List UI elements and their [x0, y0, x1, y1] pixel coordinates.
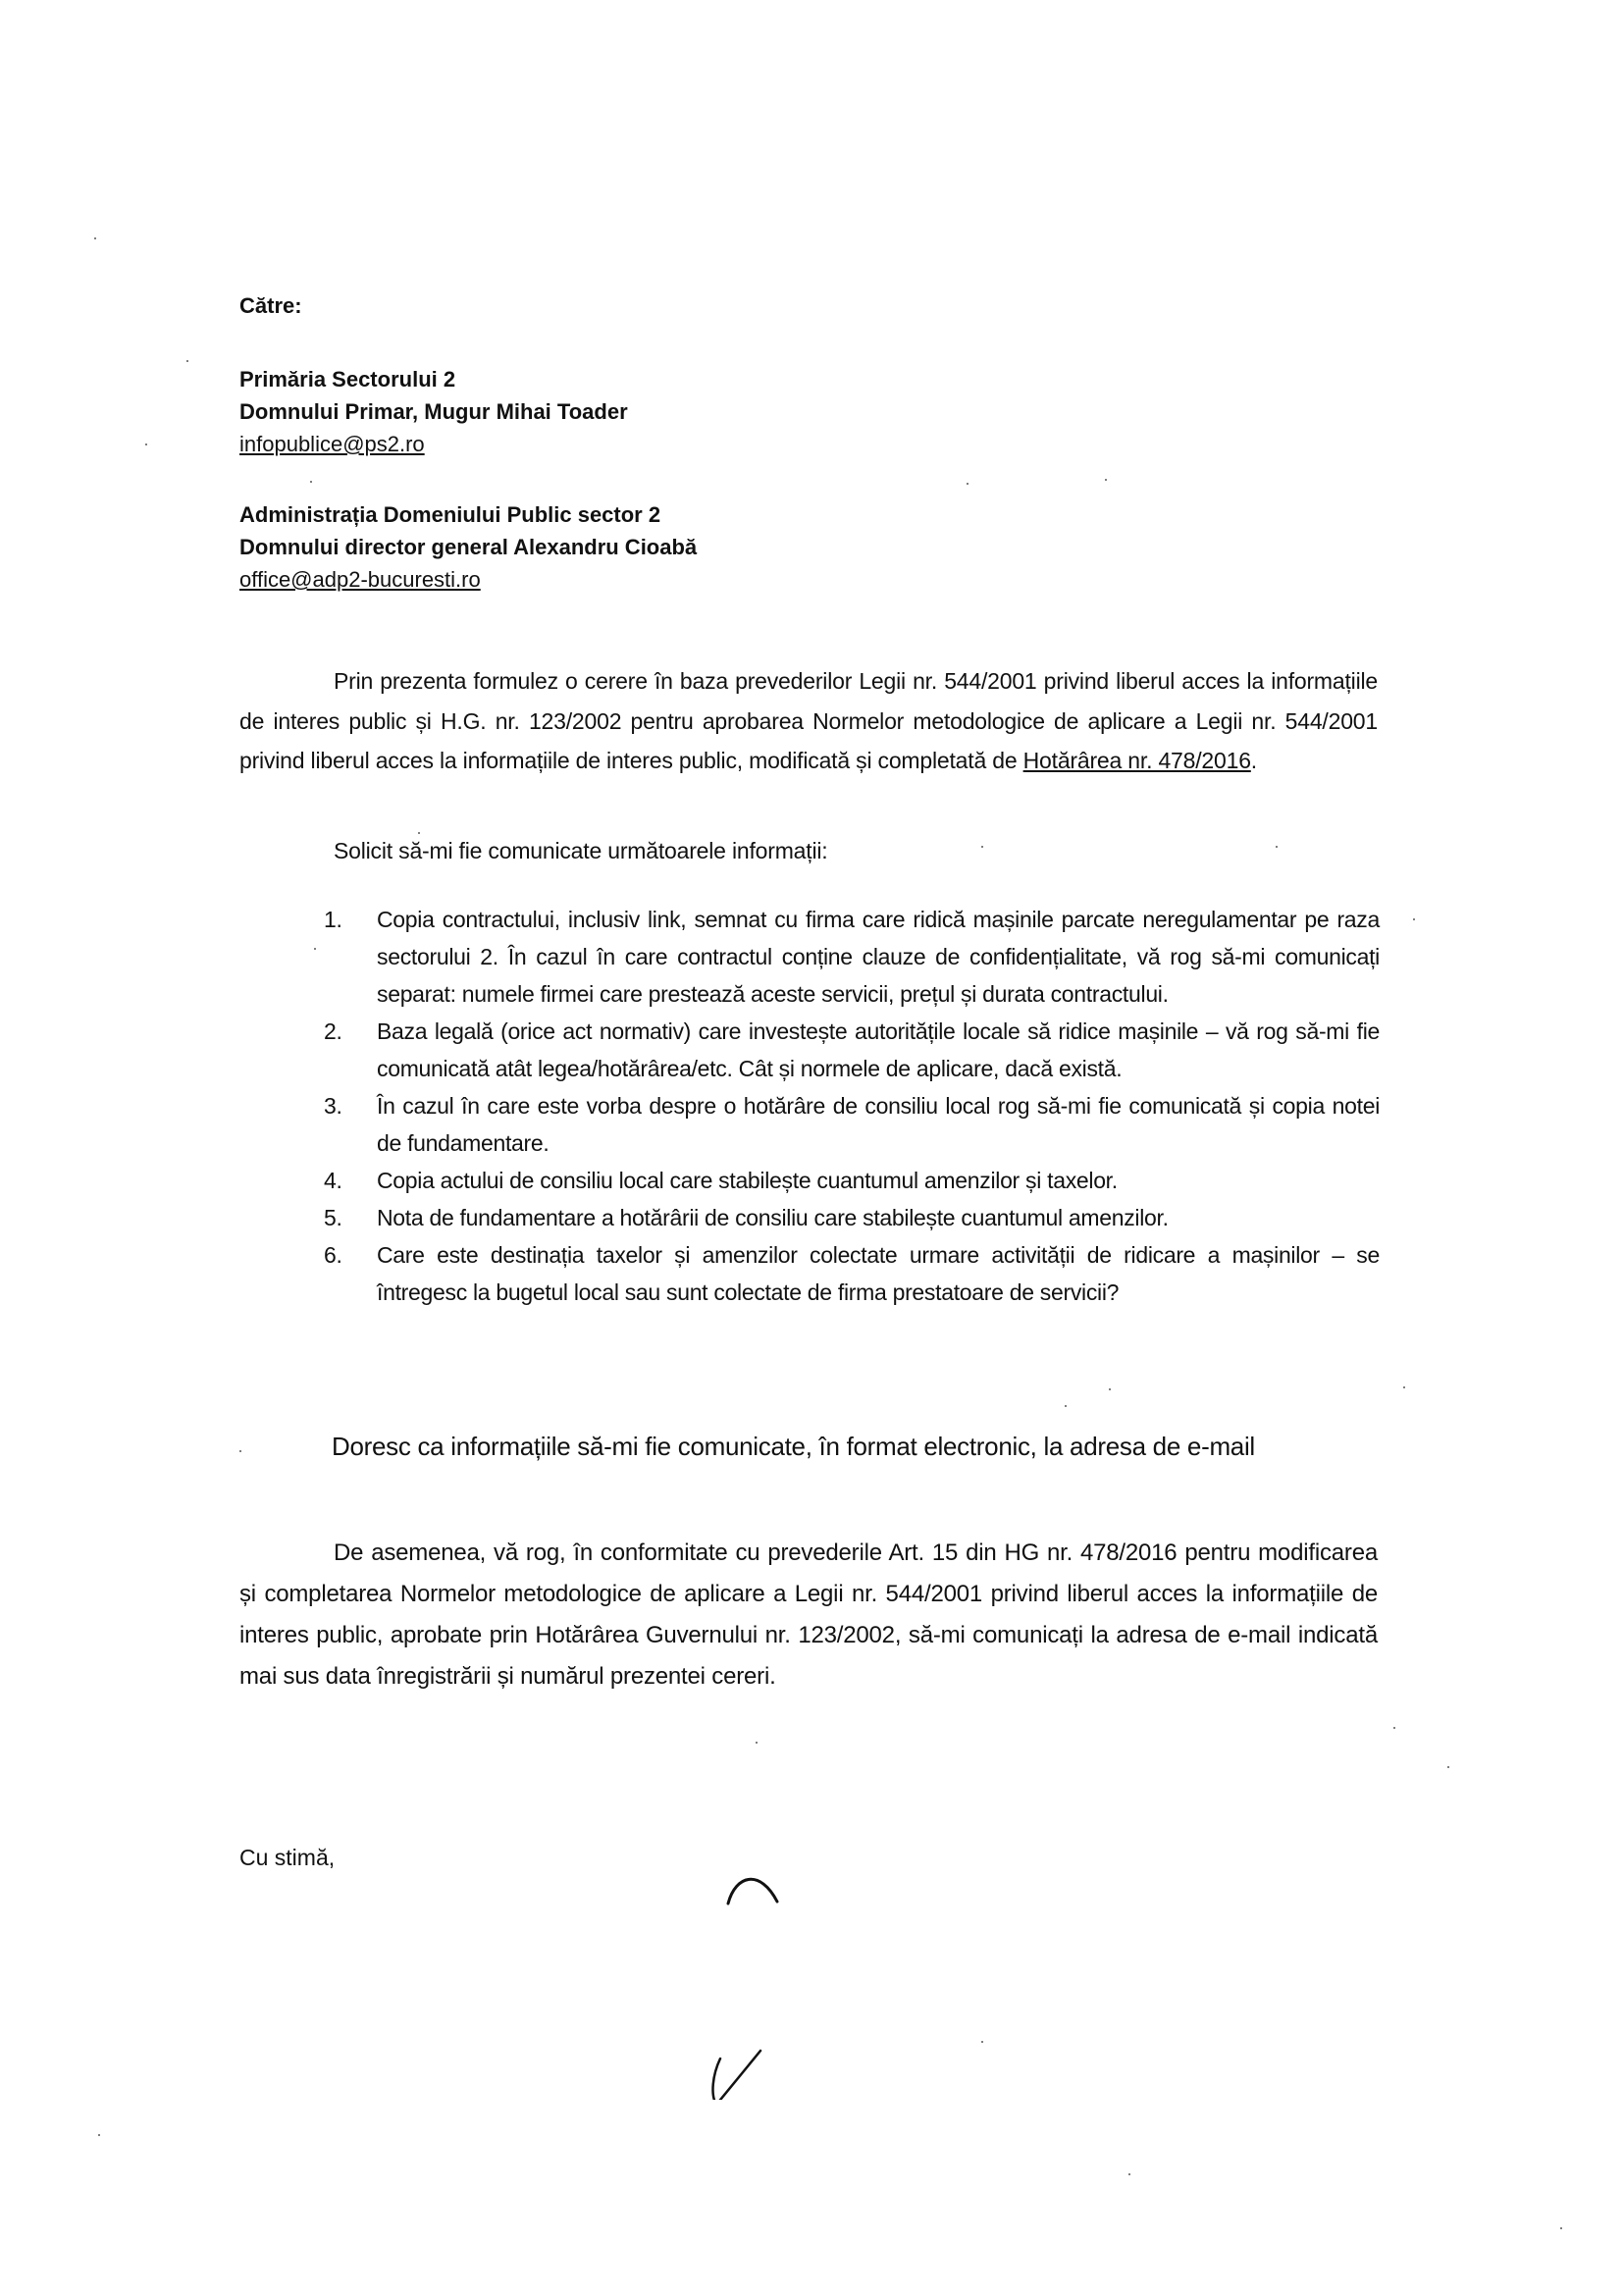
list-item: 1.Copia contractului, inclusiv link, sem…: [324, 901, 1380, 1013]
request-list: 1.Copia contractului, inclusiv link, sem…: [324, 901, 1380, 1311]
list-item-number: 5.: [324, 1199, 342, 1236]
letter-page: Către: Primăria Sectorului 2 Domnului Pr…: [0, 0, 1623, 2296]
recipient-addressee: Domnului director general Alexandru Cioa…: [239, 533, 697, 562]
signoff: Cu stimă,: [239, 1845, 335, 1871]
recipient-addressee: Domnului Primar, Mugur Mihai Toader: [239, 397, 628, 427]
list-item-number: 1.: [324, 901, 342, 938]
list-item-number: 3.: [324, 1087, 342, 1124]
list-item-text: Care este destinația taxelor și amenzilo…: [377, 1242, 1380, 1305]
list-item-text: Copia actului de consiliu local care sta…: [377, 1168, 1118, 1193]
list-item-text: În cazul în care este vorba despre o hot…: [377, 1093, 1380, 1156]
list-item: 5.Nota de fundamentare a hotărârii de co…: [324, 1199, 1380, 1236]
list-item-text: Baza legală (orice act normativ) care in…: [377, 1018, 1380, 1081]
list-item-text: Copia contractului, inclusiv link, semna…: [377, 907, 1380, 1007]
list-item-number: 6.: [324, 1236, 342, 1274]
list-item-text: Nota de fundamentare a hotărârii de cons…: [377, 1205, 1169, 1230]
list-item-number: 2.: [324, 1013, 342, 1050]
delivery-request: Doresc ca informațiile să-mi fie comunic…: [332, 1431, 1255, 1462]
recipient-institution: Primăria Sectorului 2: [239, 365, 455, 394]
recipient-label: Către:: [239, 291, 302, 321]
list-item: 2.Baza legală (orice act normativ) care …: [324, 1013, 1380, 1087]
request-intro: Solicit să-mi fie comunicate următoarele…: [334, 836, 827, 865]
list-item: 6.Care este destinația taxelor și amenzi…: [324, 1236, 1380, 1311]
registration-text: De asemenea, vă rog, în conformitate cu …: [239, 1539, 1378, 1690]
list-item: 3.În cazul în care este vorba despre o h…: [324, 1087, 1380, 1162]
recipient-email-link[interactable]: office@adp2-bucuresti.ro: [239, 565, 481, 595]
recipient-email-link[interactable]: infopublice@ps2.ro: [239, 430, 425, 459]
list-item-number: 4.: [324, 1162, 342, 1199]
list-item: 4.Copia actului de consiliu local care s…: [324, 1162, 1380, 1199]
hotararea-link[interactable]: Hotărârea nr. 478/2016: [1023, 748, 1251, 773]
registration-paragraph: De asemenea, vă rog, în conformitate cu …: [239, 1533, 1378, 1697]
intro-text-end: .: [1251, 748, 1257, 773]
recipient-institution: Administrația Domeniului Public sector 2: [239, 500, 660, 530]
intro-paragraph: Prin prezenta formulez o cerere în baza …: [239, 661, 1378, 781]
handwritten-signature-icon: [687, 1864, 805, 2100]
